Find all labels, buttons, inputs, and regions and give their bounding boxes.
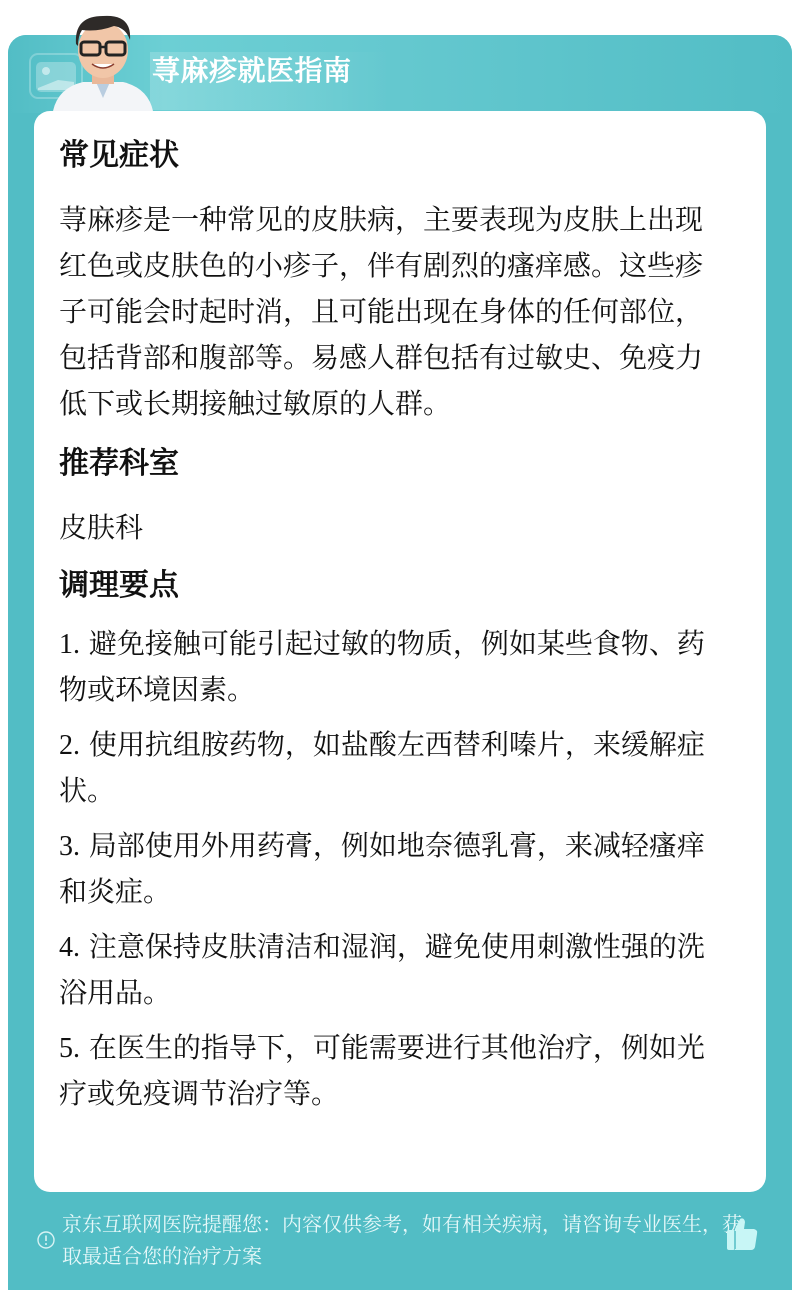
info-icon bbox=[36, 1230, 56, 1250]
list-item: 4. 注意保持皮肤清洁和湿润，避免使用刺激性强的洗浴用品。 bbox=[59, 924, 729, 1015]
doctor-avatar bbox=[48, 8, 158, 111]
list-item: 3. 局部使用外用药膏，例如地奈德乳膏，来减轻瘙痒和炎症。 bbox=[59, 823, 729, 914]
section-heading-department: 推荐科室 bbox=[59, 441, 729, 487]
department-text: 皮肤科 bbox=[59, 505, 729, 551]
symptoms-text: 荨麻疹是一种常见的皮肤病，主要表现为皮肤上出现红色或皮肤色的小疹子，伴有剧烈的瘙… bbox=[59, 197, 729, 427]
disclaimer-text: 京东互联网医院提醒您：内容仅供参考，如有相关疾病，请咨询专业医生，获取最适合您的… bbox=[62, 1208, 742, 1272]
list-item: 2. 使用抗组胺药物，如盐酸左西替利嗪片，来缓解症状。 bbox=[59, 722, 729, 813]
page-title: 荨麻疹就医指南 bbox=[152, 51, 352, 91]
list-item: 5. 在医生的指导下，可能需要进行其他治疗，例如光疗或免疫调节治疗等。 bbox=[59, 1025, 729, 1116]
thumbs-up-icon[interactable] bbox=[725, 1215, 759, 1251]
section-heading-symptoms: 常见症状 bbox=[59, 133, 729, 179]
section-heading-care: 调理要点 bbox=[59, 563, 729, 609]
content-card: 常见症状 荨麻疹是一种常见的皮肤病，主要表现为皮肤上出现红色或皮肤色的小疹子，伴… bbox=[34, 111, 766, 1192]
list-item: 1. 避免接触可能引起过敏的物质，例如某些食物、药物或环境因素。 bbox=[59, 621, 729, 712]
care-list: 1. 避免接触可能引起过敏的物质，例如某些食物、药物或环境因素。 2. 使用抗组… bbox=[59, 621, 729, 1116]
